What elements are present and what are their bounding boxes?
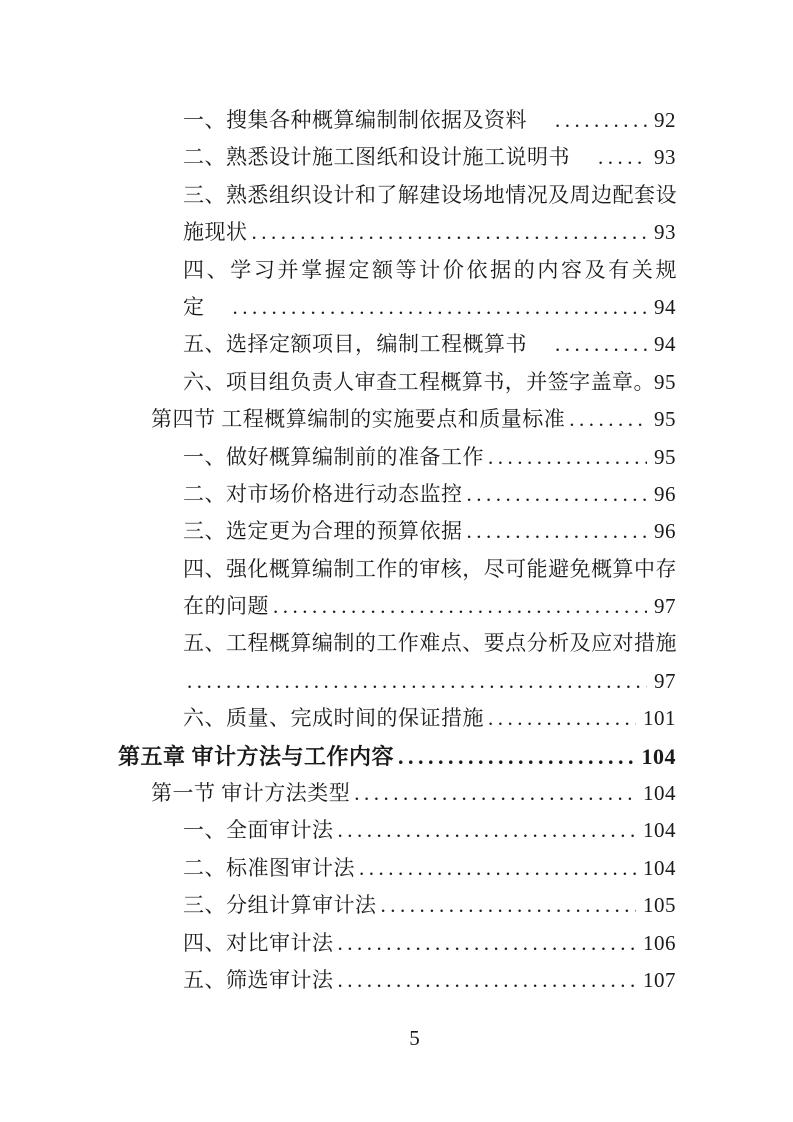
dot-leader bbox=[354, 775, 636, 812]
toc-entry: 六、质量、完成时间的保证措施 101 bbox=[118, 700, 676, 737]
toc-entry-page-number: 93 bbox=[654, 139, 676, 176]
toc-entry-page-number: 104 bbox=[643, 775, 676, 812]
toc-entry: 五、筛选审计法 107 bbox=[118, 962, 676, 999]
toc-entry-page-number: 107 bbox=[643, 962, 676, 999]
dot-leader bbox=[338, 925, 637, 962]
toc-entry-text: 三、熟悉组织设计和了解建设场地情况及周边配套设 bbox=[183, 177, 676, 214]
toc-entry: 六、项目组负责人审查工程概算书，并签字盖章。 95 bbox=[118, 364, 676, 401]
toc-entry-text: 在的问题 bbox=[183, 588, 269, 625]
toc-entry-text: 二、标准图审计法 bbox=[183, 850, 355, 887]
toc-entry: 第四节 工程概算编制的实施要点和质量标准 95 bbox=[118, 401, 676, 438]
toc-entry-page-number: 94 bbox=[654, 326, 676, 363]
toc-entry-text: 第五章 审计方法与工作内容 bbox=[118, 738, 394, 775]
toc-entry-page-number: 95 bbox=[654, 364, 676, 401]
toc-entry: 二、熟悉设计施工图纸和设计施工说明书 93 bbox=[118, 139, 676, 176]
toc-entry-page-number: 104 bbox=[643, 812, 676, 849]
toc-entry-text: 施现状 bbox=[183, 214, 248, 251]
dot-leader bbox=[187, 663, 647, 700]
toc-entry: 四、对比审计法 106 bbox=[118, 925, 676, 962]
toc-entry: 定 94 bbox=[118, 289, 676, 326]
toc-entry-page-number: 97 bbox=[654, 663, 676, 700]
toc-entry-page-number: 104 bbox=[643, 850, 676, 887]
dot-leader bbox=[359, 850, 636, 887]
toc-entry-text: 三、选定更为合理的预算依据 bbox=[183, 513, 463, 550]
toc-entry-text: 六、质量、完成时间的保证措施 bbox=[183, 700, 484, 737]
dot-leader bbox=[488, 700, 636, 737]
toc-entry: 五、工程概算编制的工作难点、要点分析及应对措施 bbox=[118, 625, 676, 662]
toc-entry-text: 一、搜集各种概算编制制依据及资料 bbox=[183, 102, 527, 139]
toc-entry: 一、搜集各种概算编制制依据及资料 92 bbox=[118, 102, 676, 139]
toc-entry-text: 四、学习并掌握定额等计价依据的内容及有关规 bbox=[183, 252, 676, 289]
dot-leader bbox=[569, 401, 647, 438]
folio-page-number: 5 bbox=[18, 1026, 793, 1050]
document-page: 一、搜集各种概算编制制依据及资料 92 二、熟悉设计施工图纸和设计施工说明书 9… bbox=[0, 0, 793, 1122]
dot-leader bbox=[338, 962, 637, 999]
toc-entry-text: 一、全面审计法 bbox=[183, 812, 334, 849]
dot-leader bbox=[381, 887, 637, 924]
toc-entry-page-number: 93 bbox=[654, 214, 676, 251]
toc-entry-page-number: 95 bbox=[654, 439, 676, 476]
toc-entry-text: 二、熟悉设计施工图纸和设计施工说明书 bbox=[183, 139, 570, 176]
dot-leader bbox=[252, 214, 648, 251]
toc-entry: 五、选择定额项目，编制工程概算书 94 bbox=[118, 326, 676, 363]
toc-entry-page-number: 94 bbox=[654, 289, 676, 326]
dot-leader bbox=[598, 139, 647, 176]
toc-entry-page-number: 96 bbox=[654, 513, 676, 550]
toc-entry: 二、标准图审计法 104 bbox=[118, 850, 676, 887]
toc-entry-text: 第四节 工程概算编制的实施要点和质量标准 bbox=[151, 401, 565, 438]
toc-entry: 在的问题 97 bbox=[118, 588, 676, 625]
toc-entry-page-number: 106 bbox=[643, 925, 676, 962]
toc-entry: 第一节 审计方法类型 104 bbox=[118, 775, 676, 812]
dot-leader bbox=[467, 513, 648, 550]
dot-leader bbox=[398, 738, 634, 775]
toc-entry-text: 二、对市场价格进行动态监控 bbox=[183, 476, 463, 513]
toc-entry-text: 五、工程概算编制的工作难点、要点分析及应对措施 bbox=[183, 625, 676, 662]
toc-entry-text: 三、分组计算审计法 bbox=[183, 887, 377, 924]
toc-entry-text: 五、选择定额项目，编制工程概算书 bbox=[183, 326, 527, 363]
toc-entry-page-number: 104 bbox=[642, 738, 677, 775]
toc-entry: 三、熟悉组织设计和了解建设场地情况及周边配套设 bbox=[118, 177, 676, 214]
toc-list: 一、搜集各种概算编制制依据及资料 92 二、熟悉设计施工图纸和设计施工说明书 9… bbox=[118, 102, 676, 999]
toc-entry-text: 五、筛选审计法 bbox=[183, 962, 334, 999]
toc-entry-text: 第一节 审计方法类型 bbox=[151, 775, 350, 812]
toc-entry: 97 bbox=[118, 663, 676, 700]
toc-entry: 一、全面审计法 104 bbox=[118, 812, 676, 849]
toc-entry: 一、做好概算编制前的准备工作 95 bbox=[118, 439, 676, 476]
dot-leader bbox=[488, 439, 647, 476]
toc-entry-page-number: 101 bbox=[643, 700, 676, 737]
toc-entry-page-number: 105 bbox=[643, 887, 676, 924]
dot-leader bbox=[555, 102, 647, 139]
toc-entry-text: 一、做好概算编制前的准备工作 bbox=[183, 439, 484, 476]
toc-entry-text: 四、强化概算编制工作的审核，尽可能避免概算中存 bbox=[183, 551, 676, 588]
dot-leader bbox=[338, 812, 637, 849]
toc-entry-page-number: 96 bbox=[654, 476, 676, 513]
dot-leader bbox=[273, 588, 647, 625]
toc-entry: 三、分组计算审计法 105 bbox=[118, 887, 676, 924]
dot-leader bbox=[233, 289, 648, 326]
toc-entry: 三、选定更为合理的预算依据 96 bbox=[118, 513, 676, 550]
toc-entry-page-number: 95 bbox=[654, 401, 676, 438]
toc-entry: 四、强化概算编制工作的审核，尽可能避免概算中存 bbox=[118, 551, 676, 588]
toc-entry-page-number: 97 bbox=[654, 588, 676, 625]
toc-entry-text: 定 bbox=[183, 289, 205, 326]
toc-entry-text: 四、对比审计法 bbox=[183, 925, 334, 962]
dot-leader bbox=[555, 326, 647, 363]
dot-leader bbox=[467, 476, 648, 513]
toc-entry: 施现状 93 bbox=[118, 214, 676, 251]
toc-entry: 四、学习并掌握定额等计价依据的内容及有关规 bbox=[118, 252, 676, 289]
toc-entry-text: 六、项目组负责人审查工程概算书，并签字盖章。 bbox=[183, 364, 654, 401]
toc-entry-page-number: 92 bbox=[654, 102, 676, 139]
toc-entry: 第五章 审计方法与工作内容 104 bbox=[118, 738, 676, 775]
toc-entry: 二、对市场价格进行动态监控 96 bbox=[118, 476, 676, 513]
